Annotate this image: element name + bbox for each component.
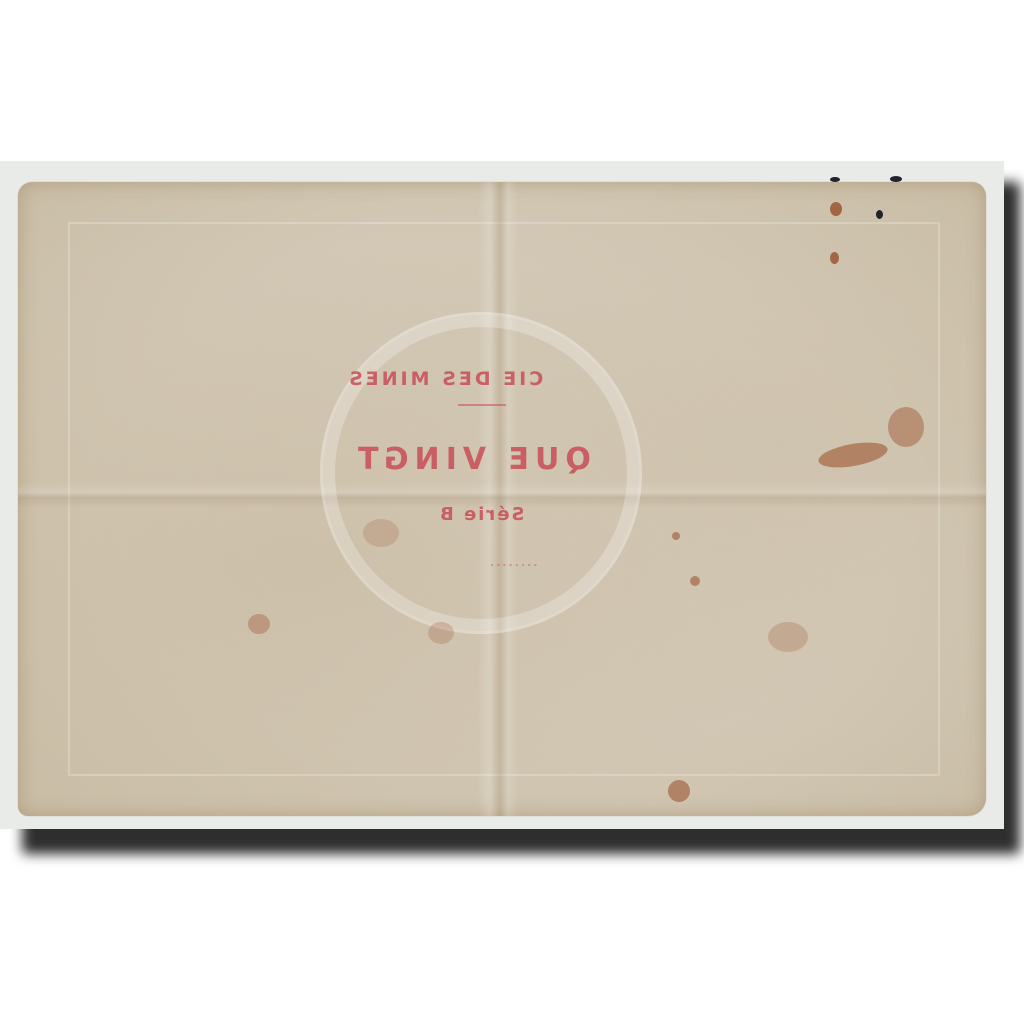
stain: [363, 519, 399, 547]
stain: [830, 202, 842, 216]
stain: [690, 576, 700, 586]
ink-spot: [876, 210, 883, 219]
stain: [888, 407, 924, 447]
stain: [768, 622, 808, 652]
ink-spot: [830, 177, 840, 182]
issuer-text: CIE DES MINES: [346, 368, 543, 390]
denomination-text: QUE VINGT: [352, 442, 591, 477]
divider-rule: [458, 404, 506, 406]
stain: [672, 532, 680, 540]
faded-text: ........: [488, 556, 537, 569]
stain: [248, 614, 270, 634]
stain: [428, 622, 454, 644]
stain: [668, 780, 690, 802]
ink-spot: [890, 176, 902, 182]
series-text: Série B: [438, 504, 524, 525]
banknote: CIE DES MINES QUE VINGT Série B ........: [18, 182, 986, 816]
stain: [830, 252, 839, 264]
